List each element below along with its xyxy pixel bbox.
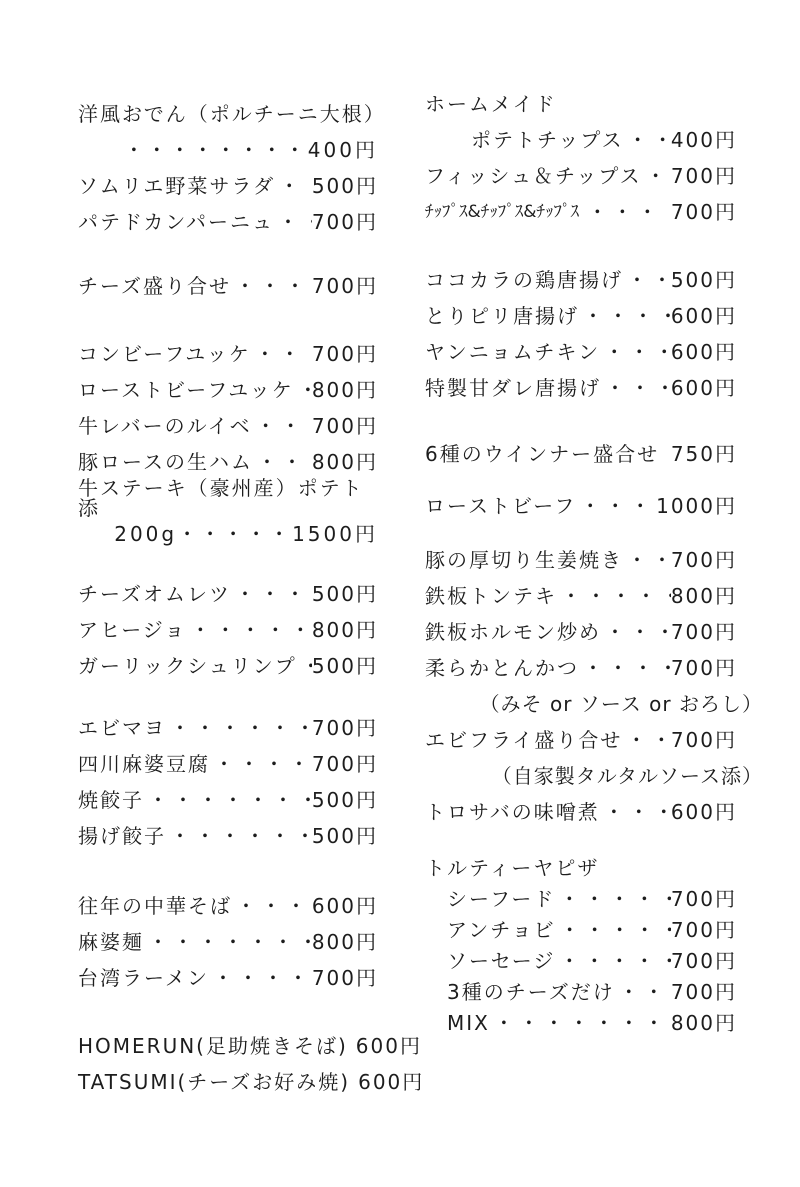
menu-item-name: ココカラの鶏唐揚げ	[425, 270, 623, 290]
menu-group: チーズオムレツ・・・・・・500円アヒージョ・・・・・・・・800円ガーリックシ…	[78, 576, 378, 684]
dot-leaders: ・・	[659, 444, 671, 464]
dot-leaders: ・・・・・・・	[557, 586, 671, 606]
menu-item-line: ポテトチップス・・・400円	[425, 122, 737, 158]
menu-section-header: ホームメイド	[425, 86, 737, 122]
menu-item-name: とりピリ唐揚げ	[425, 306, 579, 326]
dot-leaders: ・・・・・・	[231, 276, 312, 296]
menu-item-name: アヒージョ	[78, 620, 186, 640]
menu-item-name: 台湾ラーメン	[78, 968, 209, 988]
menu-item-name: 揚げ餃子	[78, 826, 166, 846]
menu-item-price: 500円	[312, 176, 378, 196]
menu-group: 往年の中華そば・・・・・・600円麻婆麺・・・・・・・・・800円台湾ラーメン・…	[78, 888, 378, 996]
menu-item-note: （自家製タルタルソース添）	[425, 758, 763, 794]
menu-item-name: 牛レバーのルイベ	[78, 416, 252, 436]
dot-leaders: ・・・・・・	[576, 496, 656, 516]
menu-page: 洋風おでん（ポルチーニ大根）・・・・・・・・400円ソムリエ野菜サラダ・・・50…	[0, 0, 800, 1187]
menu-item-line: MIX・・・・・・・・・・800円	[425, 1007, 737, 1038]
menu-item-price: 800円	[312, 620, 378, 640]
menu-item-name: ローストビーフ	[425, 496, 576, 516]
dot-leaders: ・・	[294, 380, 312, 400]
dot-leaders: ・・・・	[623, 270, 671, 290]
menu-left-column: 洋風おでん（ポルチーニ大根）・・・・・・・・400円ソムリエ野菜サラダ・・・50…	[78, 96, 378, 1100]
menu-group: 6種のウインナー盛合せ・・750円	[425, 436, 737, 472]
menu-item-price: 800円	[312, 932, 378, 952]
menu-item-price: 700円	[671, 920, 737, 940]
dot-leaders: ・・・・・・・・	[186, 620, 311, 640]
menu-item-note: （みそ or ソース or おろし）	[425, 686, 763, 722]
menu-item-price: 600円	[358, 1072, 424, 1092]
menu-item-name: エビフライ盛り合せ	[425, 730, 622, 750]
dot-leaders: ・・・・・	[600, 342, 671, 362]
menu-item-price: 750円	[671, 444, 737, 464]
menu-item-line: アンチョビ・・・・・・・700円	[425, 914, 737, 945]
menu-item-line: ソーセージ・・・・・・・700円	[425, 945, 737, 976]
menu-item-line: パテドカンパーニュ・・・700円	[78, 204, 378, 240]
menu-item-line: 牛レバーのルイベ・・・・700円	[78, 408, 378, 444]
menu-text-line: 洋風おでん（ポルチーニ大根）	[78, 96, 378, 132]
menu-text-line: 牛ステーキ（豪州産）ポテト添	[78, 480, 378, 516]
dot-leaders: ・・・・・・	[579, 306, 671, 326]
menu-item-name: 鉄板トンテキ	[425, 586, 557, 606]
dot-leaders: ・・・・・・・・	[166, 718, 312, 738]
menu-item-name: チーズオムレツ	[78, 584, 231, 604]
menu-item-name: 6種のウインナー盛合せ	[425, 444, 659, 464]
dot-leaders: ・・・・・・	[579, 658, 671, 678]
menu-item-price: 500円	[671, 270, 737, 290]
menu-item-name: 鉄板ホルモン炒め	[425, 622, 601, 642]
dot-leaders: ・・・・・・・	[209, 968, 312, 988]
menu-group: ココカラの鶏唐揚げ・・・・500円とりピリ唐揚げ・・・・・・600円ヤンニョムチ…	[425, 262, 737, 406]
menu-item-line: ココカラの鶏唐揚げ・・・・500円	[425, 262, 737, 298]
menu-item-line: チーズ盛り合せ・・・・・・700円	[78, 268, 378, 304]
menu-group: 洋風おでん（ポルチーニ大根）・・・・・・・・400円ソムリエ野菜サラダ・・・50…	[78, 96, 378, 240]
dot-leaders: ・・・・・	[601, 622, 671, 642]
menu-item-price: 700円	[312, 416, 378, 436]
menu-item-name: ソムリエ野菜サラダ	[78, 176, 275, 196]
menu-item-name: コンビーフユッケ	[78, 344, 251, 364]
menu-item-price: 700円	[671, 658, 737, 678]
menu-item-price: 600円	[671, 802, 737, 822]
menu-item-name: 往年の中華そば	[78, 896, 232, 916]
menu-item-line: フィッシュ＆チップス・・700円	[425, 158, 737, 194]
menu-item-price: 500円	[312, 790, 378, 810]
menu-group: トルティーヤピザシーフード・・・・・・・・700円アンチョビ・・・・・・・700…	[425, 852, 737, 1038]
menu-item-name: 特製甘ダレ唐揚げ	[425, 378, 601, 398]
menu-item-line: アヒージョ・・・・・・・・800円	[78, 612, 378, 648]
menu-item-name: ソーセージ	[447, 951, 555, 971]
menu-item-price: 700円	[671, 166, 737, 186]
menu-item-line: ガーリックシュリンプ・・500円	[78, 648, 378, 684]
menu-item-line: ソムリエ野菜サラダ・・・500円	[78, 168, 378, 204]
dot-leaders: ・・・・・・・・・・	[490, 1013, 671, 1033]
dot-leaders: ・・・・・・・	[210, 754, 312, 774]
menu-item-price: 600円	[312, 896, 378, 916]
menu-item-line: 鉄板トンテキ・・・・・・・800円	[425, 578, 737, 614]
menu-price-continuation-line: 200g・・・・・1500円	[78, 516, 378, 552]
dot-leaders: ・・・・・・・	[556, 920, 671, 940]
dot-leaders: ・・・・	[622, 730, 670, 750]
menu-item-price: 400円	[671, 130, 737, 150]
menu-right-column: ホームメイドポテトチップス・・・400円フィッシュ＆チップス・・700円ﾁｯﾌﾟ…	[425, 86, 737, 1038]
menu-item-price: 600円	[671, 378, 737, 398]
menu-item-name: HOMERUN(足助焼きそば)	[78, 1036, 348, 1056]
dot-leaders: ・・・	[274, 212, 312, 232]
menu-item-name: フィッシュ＆チップス	[425, 166, 642, 186]
menu-item-price: 700円	[671, 730, 737, 750]
menu-item-line: 柔らかとんかつ・・・・・・700円	[425, 650, 737, 686]
menu-item-price: 500円	[312, 826, 378, 846]
menu-group: HOMERUN(足助焼きそば)・600円TATSUMI(チーズお好み焼)600円	[78, 1028, 378, 1100]
menu-item-name: エビマヨ	[78, 718, 166, 738]
menu-group: ローストビーフ・・・・・・1000円	[425, 488, 737, 524]
menu-item-line: とりピリ唐揚げ・・・・・・600円	[425, 298, 737, 334]
menu-item-price: 700円	[312, 754, 378, 774]
menu-group: チーズ盛り合せ・・・・・・700円	[78, 268, 378, 304]
menu-item-line: 焼餃子・・・・・・・・・500円	[78, 782, 378, 818]
menu-item-price: 1000円	[656, 496, 737, 516]
dot-leaders: ・・	[297, 656, 312, 676]
menu-item-price: 700円	[671, 982, 737, 1002]
menu-item-price: 700円	[312, 718, 378, 738]
menu-item-line: チーズオムレツ・・・・・・500円	[78, 576, 378, 612]
menu-item-line: ヤンニョムチキン・・・・・600円	[425, 334, 737, 370]
menu-item-line: 鉄板ホルモン炒め・・・・・700円	[425, 614, 737, 650]
menu-item-name: 豚の厚切り生姜焼き	[425, 550, 623, 570]
menu-item-name: TATSUMI(チーズお好み焼)	[78, 1072, 350, 1092]
menu-price-continuation-line: ・・・・・・・・400円	[78, 132, 378, 168]
dot-leaders: ・・・・	[253, 452, 312, 472]
menu-item-price: 500円	[312, 656, 378, 676]
menu-item-name: アンチョビ	[447, 920, 556, 940]
menu-item-line: 3種のチーズだけ・・・・・700円	[425, 976, 737, 1007]
dot-leaders: ・・・・・・・	[555, 951, 670, 971]
menu-section-header: トルティーヤピザ	[425, 852, 737, 883]
dot-leaders: ・・・・・	[601, 378, 671, 398]
dot-leaders: ・・	[642, 166, 671, 186]
menu-item-price: 700円	[312, 212, 378, 232]
menu-item-price: 700円	[671, 622, 737, 642]
menu-item-line: TATSUMI(チーズお好み焼)600円	[78, 1064, 378, 1100]
menu-item-line: 台湾ラーメン・・・・・・・700円	[78, 960, 378, 996]
menu-item-name: 麻婆麺	[78, 932, 144, 952]
menu-item-line: 往年の中華そば・・・・・・600円	[78, 888, 378, 924]
menu-group: 豚の厚切り生姜焼き・・・・700円鉄板トンテキ・・・・・・・800円鉄板ホルモン…	[425, 542, 737, 830]
dot-leaders: ・・・・・・・・・	[144, 790, 312, 810]
menu-item-name: 焼餃子	[78, 790, 144, 810]
dot-leaders: ・・・・・・・・	[166, 826, 312, 846]
menu-item-line: 麻婆麺・・・・・・・・・800円	[78, 924, 378, 960]
dot-leaders: ・	[348, 1036, 356, 1056]
menu-item-name: ローストビーフユッケ	[78, 380, 294, 400]
menu-item-name: MIX	[447, 1013, 490, 1033]
menu-item-price: 700円	[671, 202, 737, 222]
menu-item-price: 500円	[312, 584, 378, 604]
dot-leaders: ・・・・・	[615, 982, 671, 1002]
menu-item-price: 600円	[671, 342, 737, 362]
menu-item-line: エビマヨ・・・・・・・・700円	[78, 710, 378, 746]
menu-item-line: ローストビーフユッケ・・800円	[78, 372, 378, 408]
dot-leaders: ・・・・・・	[231, 584, 312, 604]
menu-item-name: 柔らかとんかつ	[425, 658, 579, 678]
menu-item-line: コンビーフユッケ・・・・700円	[78, 336, 378, 372]
menu-item-line: 四川麻婆豆腐・・・・・・・700円	[78, 746, 378, 782]
menu-item-name: チーズ盛り合せ	[78, 276, 231, 296]
menu-item-name: ヤンニョムチキン	[425, 342, 600, 362]
dot-leaders: ・・・・	[252, 416, 312, 436]
menu-item-line: 6種のウインナー盛合せ・・750円	[425, 436, 737, 472]
menu-item-price: 700円	[312, 968, 378, 988]
menu-item-name: 3種のチーズだけ	[447, 982, 615, 1002]
dot-leaders: ・・・・・・	[232, 896, 312, 916]
dot-leaders: ・・・・・・・・・	[144, 932, 312, 952]
menu-item-name: トロサバの味噌煮	[425, 802, 600, 822]
menu-item-name: シーフード	[447, 889, 555, 909]
dot-leaders: ・・・	[579, 202, 671, 222]
menu-item-line: 特製甘ダレ唐揚げ・・・・・600円	[425, 370, 737, 406]
menu-item-name: ポテトチップス	[471, 130, 624, 150]
menu-item-line: シーフード・・・・・・・・700円	[425, 883, 737, 914]
menu-item-line: 豚ロースの生ハム・・・・800円	[78, 444, 378, 480]
menu-item-price: 700円	[671, 889, 737, 909]
menu-item-price: 700円	[671, 550, 737, 570]
menu-item-price: 800円	[671, 586, 737, 606]
dot-leaders: ・・・	[275, 176, 312, 196]
dot-leaders: ・・・・・・・・	[555, 889, 670, 909]
dot-leaders: ・・・・	[251, 344, 312, 364]
menu-item-name: 豚ロースの生ハム	[78, 452, 253, 472]
menu-item-price: 700円	[671, 951, 737, 971]
menu-group: エビマヨ・・・・・・・・700円四川麻婆豆腐・・・・・・・700円焼餃子・・・・…	[78, 710, 378, 854]
menu-item-name: ﾁｯﾌﾟｽ&ﾁｯﾌﾟｽ&ﾁｯﾌﾟｽ	[425, 204, 579, 221]
dot-leaders: ・・・	[624, 130, 671, 150]
menu-item-line: HOMERUN(足助焼きそば)・600円	[78, 1028, 378, 1064]
menu-item-line: トロサバの味噌煮・・・・・600円	[425, 794, 737, 830]
menu-item-name: ガーリックシュリンプ	[78, 656, 297, 676]
menu-item-price: 600円	[671, 306, 737, 326]
menu-item-line: エビフライ盛り合せ・・・・700円	[425, 722, 737, 758]
dot-leaders: ・・・・	[623, 550, 671, 570]
menu-group: ホームメイドポテトチップス・・・400円フィッシュ＆チップス・・700円ﾁｯﾌﾟ…	[425, 86, 737, 230]
menu-item-price: 800円	[312, 380, 378, 400]
menu-item-name: 四川麻婆豆腐	[78, 754, 210, 774]
menu-item-line: 揚げ餃子・・・・・・・・500円	[78, 818, 378, 854]
menu-item-price: 800円	[671, 1013, 737, 1033]
menu-item-price: 800円	[312, 452, 378, 472]
menu-group: コンビーフユッケ・・・・700円ローストビーフユッケ・・800円牛レバーのルイベ…	[78, 336, 378, 552]
menu-item-price: 700円	[312, 276, 378, 296]
menu-item-line: ﾁｯﾌﾟｽ&ﾁｯﾌﾟｽ&ﾁｯﾌﾟｽ・・・700円	[425, 194, 737, 230]
menu-item-line: 豚の厚切り生姜焼き・・・・700円	[425, 542, 737, 578]
dot-leaders: ・・・・・	[600, 802, 671, 822]
menu-item-price: 700円	[312, 344, 378, 364]
menu-item-name: パテドカンパーニュ	[78, 212, 274, 232]
menu-item-line: ローストビーフ・・・・・・1000円	[425, 488, 737, 524]
menu-item-price: 600円	[356, 1036, 422, 1056]
